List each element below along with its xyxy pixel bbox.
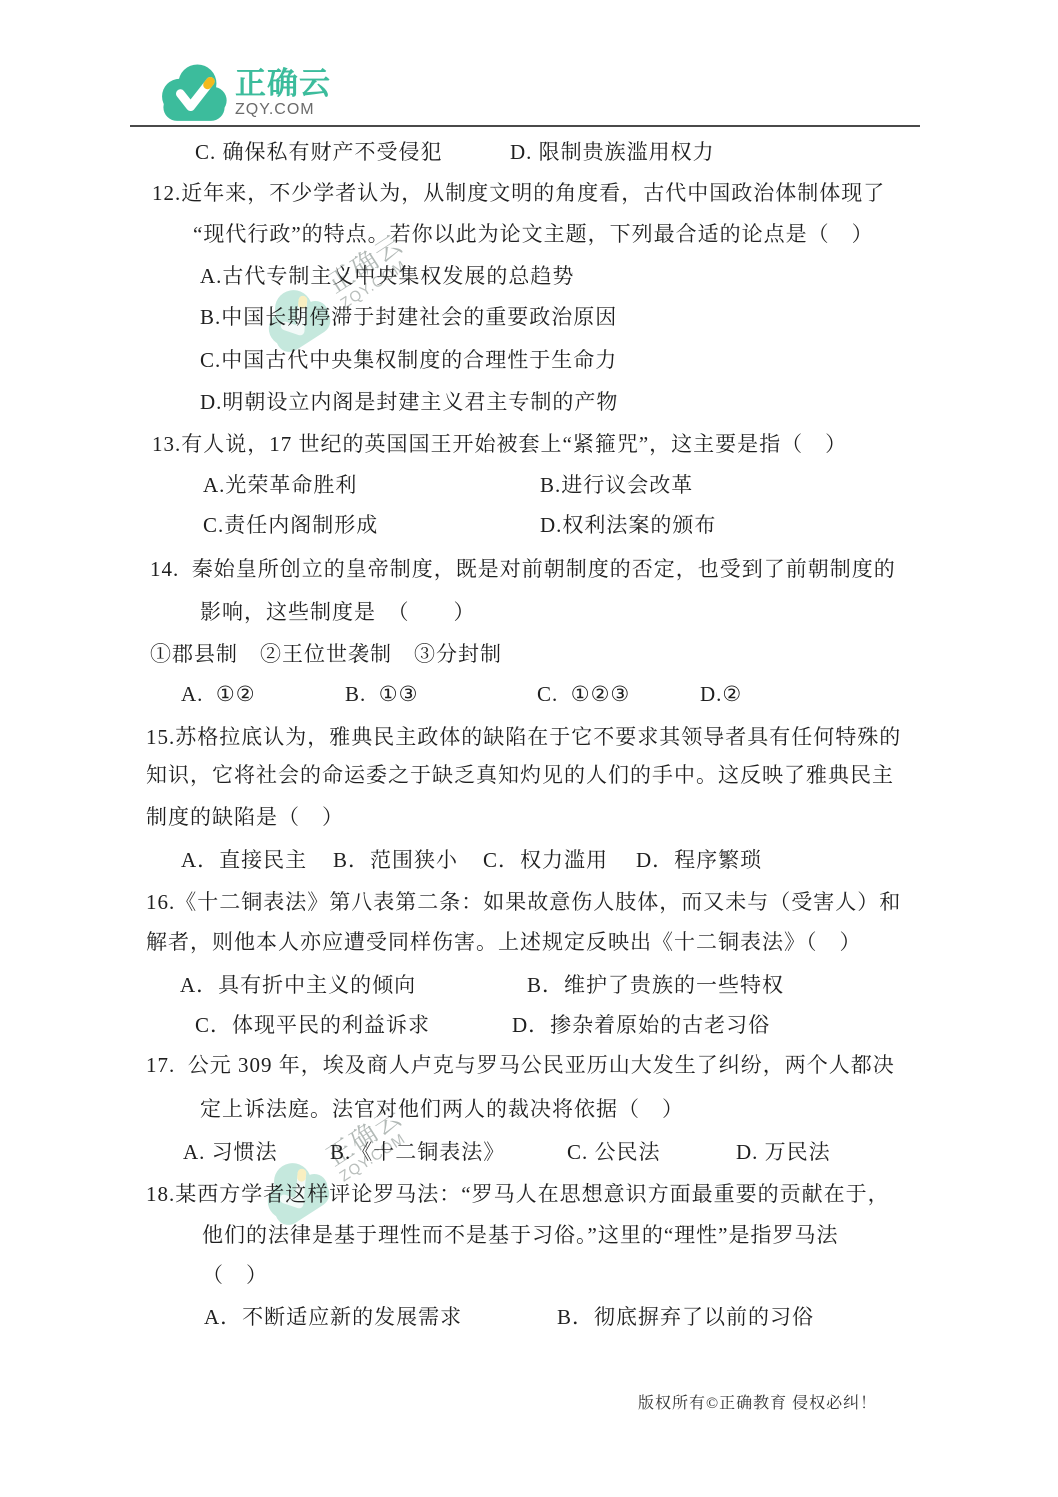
q17-option-c: C. 公民法 <box>567 1140 661 1164</box>
brand-name: 正确云 <box>235 68 331 99</box>
header-divider <box>130 125 920 127</box>
q18-option-b: B．彻底摒弃了以前的习俗 <box>557 1305 814 1329</box>
q15-stem-line3: 制度的缺陷是（ ） <box>146 805 344 829</box>
brand-domain: ZQY.COM <box>235 102 331 118</box>
q15-stem-line2: 知识，它将社会的命运委之于缺乏真知灼见的人们的手中。这反映了雅典民主 <box>146 763 894 787</box>
q14-option-b: B. ①③ <box>345 682 418 706</box>
q18-stem-line3: （ ） <box>202 1263 268 1287</box>
q11-option-c: C. 确保私有财产不受侵犯 <box>195 140 443 164</box>
q12-option-b: B.中国长期停滞于封建社会的重要政治原因 <box>200 305 617 329</box>
q16-stem-line2: 解者，则他本人亦应遭受同样伤害。上述规定反映出《十二铜表法》（ ） <box>146 930 862 954</box>
q14-items: ①郡县制 ②王位世袭制 ③分封制 <box>150 642 502 666</box>
q18-stem-line2: 他们的法律是基于理性而不是基于习俗。”这里的“理性”是指罗马法 <box>202 1223 838 1247</box>
q16-option-c: C．体现平民的利益诉求 <box>195 1013 430 1037</box>
q12-stem-line1: 12.近年来，不少学者认为，从制度文明的角度看，古代中国政治体制体现了 <box>152 181 885 205</box>
brand-text: 正确云 ZQY.COM <box>235 68 331 118</box>
q17-stem-line2: 定上诉法庭。法官对他们两人的裁决将依据（ ） <box>200 1097 684 1121</box>
q11-option-d: D. 限制贵族滥用权力 <box>510 140 715 164</box>
q17-option-b: B.《十二铜表法》 <box>330 1140 505 1164</box>
q16-option-d: D．掺杂着原始的古老习俗 <box>512 1013 770 1037</box>
copyright-notice: 版权所有©正确教育 侵权必纠！ <box>638 1390 877 1413</box>
q14-stem-line2: 影响，这些制度是 （ ） <box>200 600 476 624</box>
exam-document-page: 正确云 ZQY.COM 正确云 ZQY.COM 正确云 <box>0 0 1058 1497</box>
q12-option-c: C.中国古代中央集权制度的合理性于生命力 <box>200 348 617 372</box>
q15-option-a: A．直接民主 <box>181 848 307 872</box>
q12-option-a: A.古代专制主义中央集权发展的总趋势 <box>200 264 574 288</box>
q17-option-d: D. 万民法 <box>736 1140 831 1164</box>
q14-option-c: C. ①②③ <box>537 682 630 706</box>
q15-option-b: B．范围狭小 <box>333 848 458 872</box>
q14-option-d: D.② <box>700 682 742 706</box>
q18-option-a: A．不断适应新的发展需求 <box>204 1305 462 1329</box>
q13-option-a: A.光荣革命胜利 <box>203 473 357 497</box>
q14-option-a: A. ①② <box>181 682 256 706</box>
q18-stem-line1: 18.某西方学者这样评论罗马法：“罗马人在思想意识方面最重要的贡献在于， <box>146 1182 890 1206</box>
q16-stem-line1: 16.《十二铜表法》第八表第二条：如果故意伤人肢体，而又未与（受害人）和 <box>146 890 901 914</box>
q16-option-b: B．维护了贵族的一些特权 <box>527 973 784 997</box>
q13-option-d: D.权利法案的颁布 <box>540 513 716 537</box>
q15-option-d: D．程序繁琐 <box>636 848 762 872</box>
q12-option-d: D.明朝设立内阁是封建主义君主专制的产物 <box>200 390 618 414</box>
q12-stem-line2: “现代行政”的特点。若你以此为论文主题，下列最合适的论点是（ ） <box>193 222 874 246</box>
q14-stem-line1: 14. 秦始皇所创立的皇帝制度，既是对前朝制度的否定，也受到了前朝制度的 <box>150 557 896 581</box>
q13-option-b: B.进行议会改革 <box>540 473 693 497</box>
q13-option-c: C.责任内阁制形成 <box>203 513 378 537</box>
q16-option-a: A．具有折中主义的倾向 <box>180 973 416 997</box>
q13-stem: 13.有人说，17 世纪的英国国王开始被套上“紧箍咒”，这主要是指（ ） <box>152 432 847 456</box>
q15-stem-line1: 15.苏格拉底认为，雅典民主政体的缺陷在于它不要求其领导者具有任何特殊的 <box>146 725 901 749</box>
q15-option-c: C．权力滥用 <box>483 848 608 872</box>
q17-stem-line1: 17. 公元 309 年，埃及商人卢克与罗马公民亚历山大发生了纠纷，两个人都决 <box>146 1053 895 1077</box>
brand-cloud-checkmark-icon <box>160 60 228 126</box>
brand-logo: 正确云 ZQY.COM <box>160 60 331 126</box>
q17-option-a: A. 习惯法 <box>183 1140 278 1164</box>
